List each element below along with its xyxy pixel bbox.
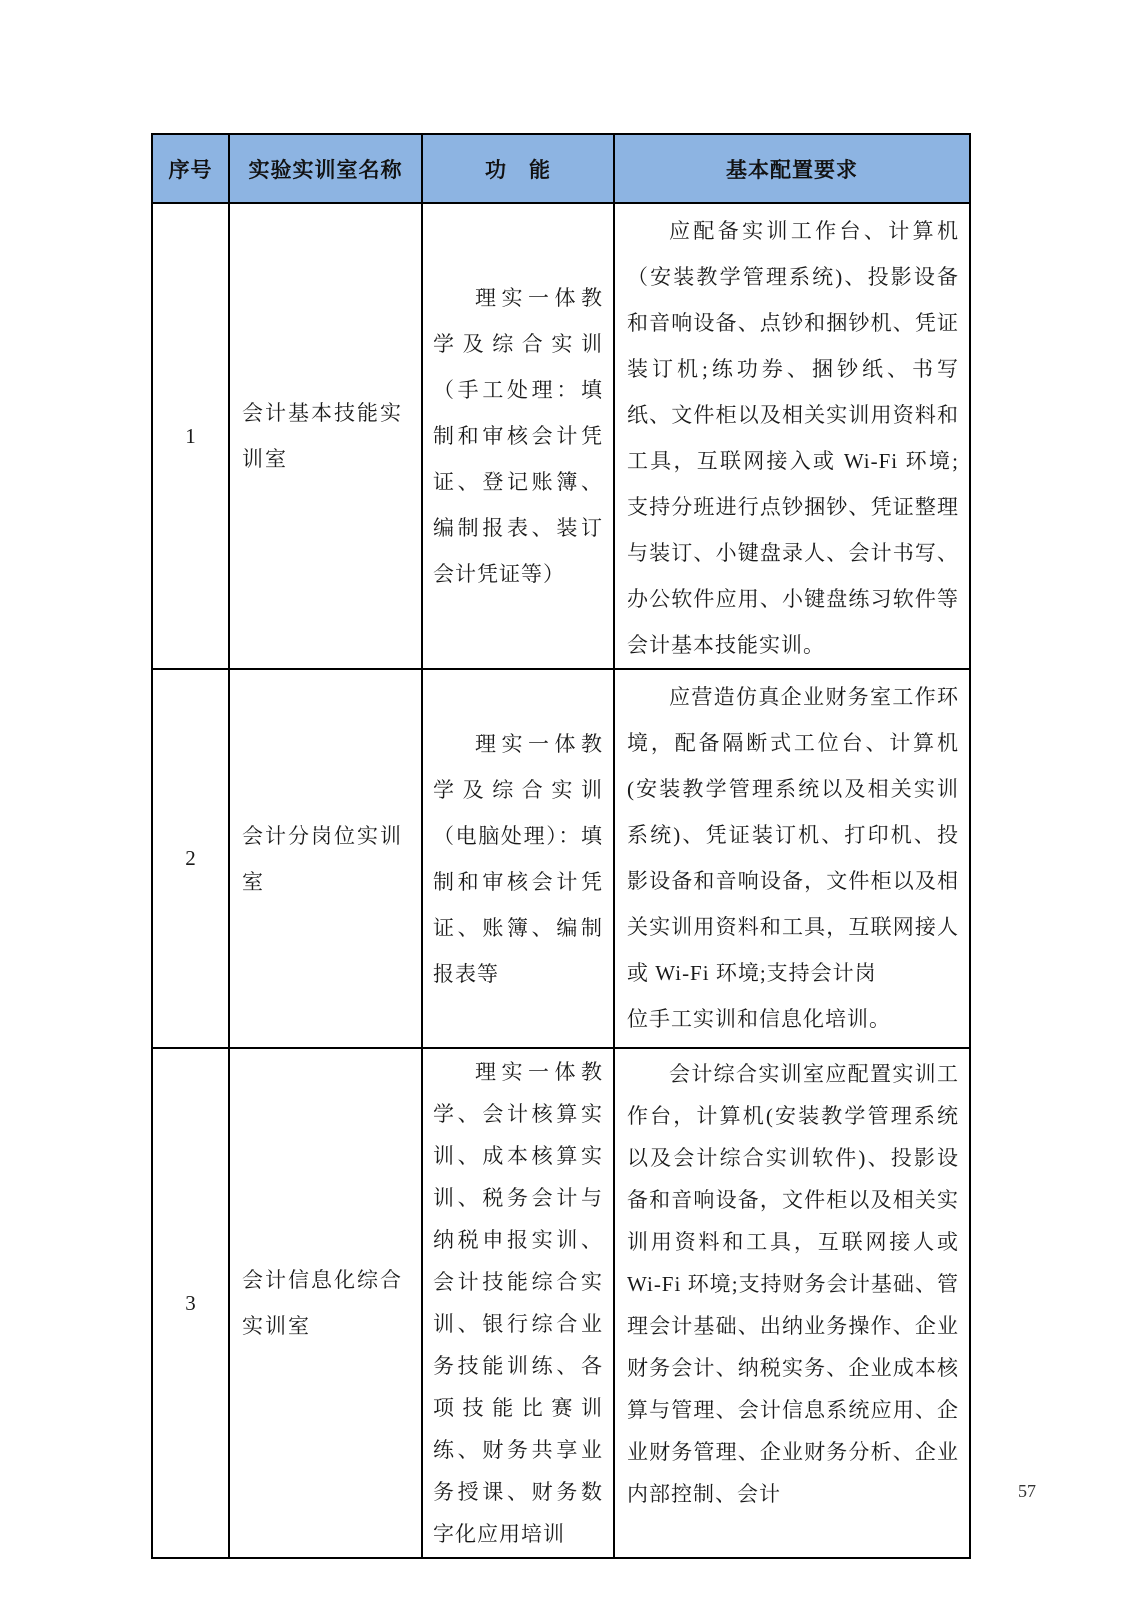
page-number: 57 xyxy=(1018,1481,1036,1502)
training-room-table: 序号 实验实训室名称 功 能 基本配置要求 1 会计基本技能实训室 理实一体教学… xyxy=(151,133,971,1559)
header-no: 序号 xyxy=(152,134,229,203)
function-text: 理实一体教学及综合实训（电脑处理）：填制和审核会计凭证、账簿、编制报表等 xyxy=(433,721,603,997)
table-row: 2 会计分岗位实训室 理实一体教学及综合实训（电脑处理）：填制和审核会计凭证、账… xyxy=(152,669,970,1048)
config-paragraph: 位手工实训和信息化培训。 xyxy=(627,996,959,1042)
header-function: 功 能 xyxy=(422,134,614,203)
room-name-cell: 会计基本技能实训室 xyxy=(229,203,422,669)
function-cell: 理实一体教学及综合实训（电脑处理）：填制和审核会计凭证、账簿、编制报表等 xyxy=(422,669,614,1048)
row-number-cell: 1 xyxy=(152,203,229,669)
row-number-cell: 3 xyxy=(152,1048,229,1558)
table-row: 3 会计信息化综合实训室 理实一体教学、会计核算实训、成本核算实训、税务会计与纳… xyxy=(152,1048,970,1558)
config-cell: 会计综合实训室应配置实训工作台，计算机(安装教学管理系统以及会计综合实训软件)、… xyxy=(614,1048,970,1558)
table-row: 1 会计基本技能实训室 理实一体教学及综合实训（手工处理：填制和审核会计凭证、登… xyxy=(152,203,970,669)
document-page: 序号 实验实训室名称 功 能 基本配置要求 1 会计基本技能实训室 理实一体教学… xyxy=(0,0,1131,1600)
function-text: 理实一体教学及综合实训（手工处理：填制和审核会计凭证、登记账簿、编制报表、装订会… xyxy=(433,275,603,597)
function-text: 理实一体教学、会计核算实训、成本核算实训、税务会计与纳税申报实训、会计技能综合实… xyxy=(433,1051,603,1555)
config-paragraph: 应营造仿真企业财务室工作环境，配备隔断式工位台、计算机(安装教学管理系统以及相关… xyxy=(627,674,959,996)
config-paragraph: 会计综合实训室应配置实训工作台，计算机(安装教学管理系统以及会计综合实训软件)、… xyxy=(627,1053,959,1515)
table-header-row: 序号 实验实训室名称 功 能 基本配置要求 xyxy=(152,134,970,203)
room-name-cell: 会计分岗位实训室 xyxy=(229,669,422,1048)
function-cell: 理实一体教学、会计核算实训、成本核算实训、税务会计与纳税申报实训、会计技能综合实… xyxy=(422,1048,614,1558)
header-name: 实验实训室名称 xyxy=(229,134,422,203)
header-config: 基本配置要求 xyxy=(614,134,970,203)
function-cell: 理实一体教学及综合实训（手工处理：填制和审核会计凭证、登记账簿、编制报表、装订会… xyxy=(422,203,614,669)
row-number-cell: 2 xyxy=(152,669,229,1048)
config-cell: 应配备实训工作台、计算机（安装教学管理系统)、投影设备和音响设备、点钞和捆钞机、… xyxy=(614,203,970,669)
room-name-cell: 会计信息化综合实训室 xyxy=(229,1048,422,1558)
config-cell: 应营造仿真企业财务室工作环境，配备隔断式工位台、计算机(安装教学管理系统以及相关… xyxy=(614,669,970,1048)
config-paragraph: 应配备实训工作台、计算机（安装教学管理系统)、投影设备和音响设备、点钞和捆钞机、… xyxy=(627,208,959,668)
